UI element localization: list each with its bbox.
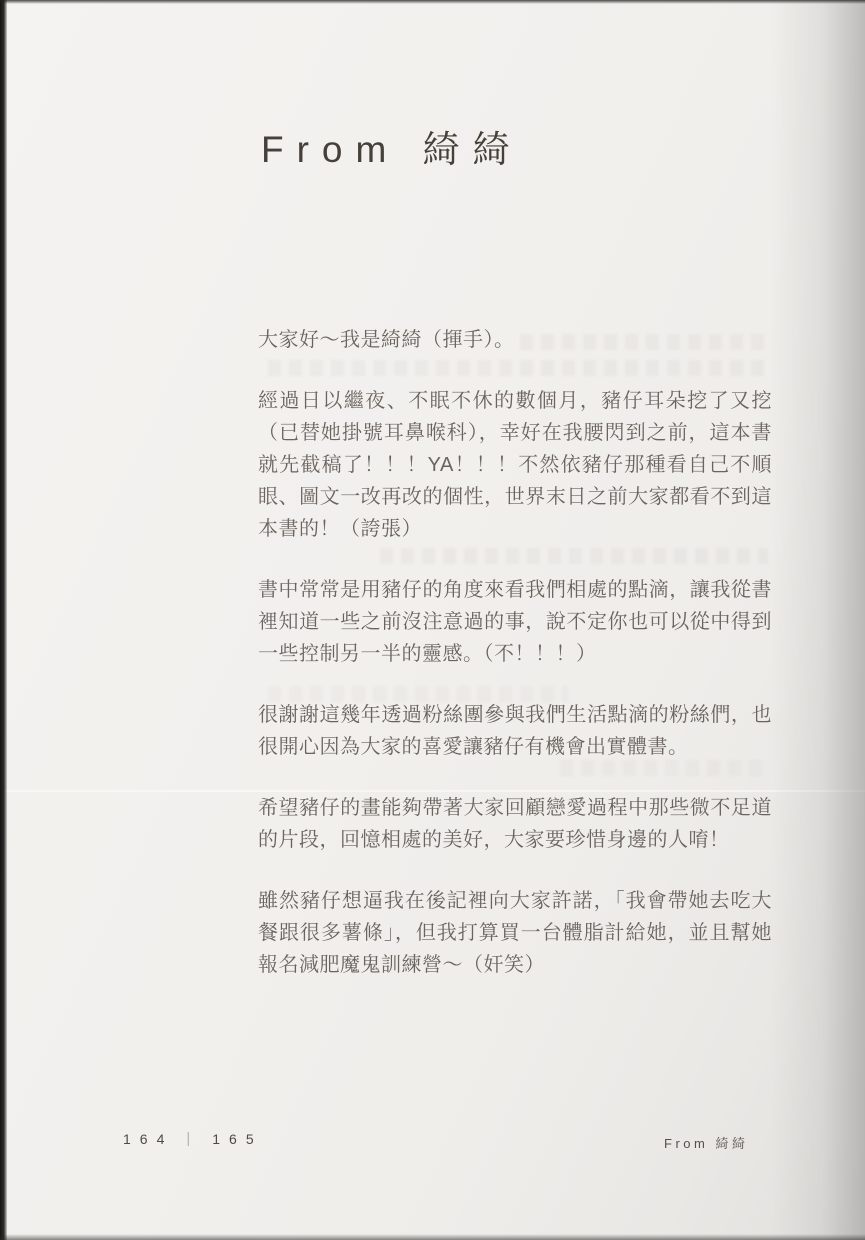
paragraph: 經過日以繼夜、不眠不休的數個月，豬仔耳朵挖了又挖（已替她掛號耳鼻喉科），幸好在我… bbox=[258, 385, 772, 545]
paragraph: 很謝謝這幾年透過粉絲團參與我們生活點滴的粉絲們，也很開心因為大家的喜愛讓豬仔有機… bbox=[258, 699, 772, 763]
paragraph: 大家好～我是綺綺（揮手）。 bbox=[258, 324, 772, 356]
scan-edge-left bbox=[0, 0, 7, 1240]
page-curve-shadow bbox=[770, 0, 865, 1240]
scan-edge-top bbox=[0, 0, 865, 4]
page-title: From 綺綺 bbox=[261, 128, 523, 172]
scan-edge-bottom bbox=[0, 1234, 865, 1240]
page-numbers: 164 | 165 bbox=[123, 1130, 263, 1147]
page-number-left: 164 bbox=[123, 1131, 173, 1147]
scanned-book-page: From 綺綺 大家好～我是綺綺（揮手）。 經過日以繼夜、不眠不休的數個月，豬仔… bbox=[0, 0, 865, 1240]
paragraph: 希望豬仔的畫能夠帶著大家回顧戀愛過程中那些微不足道的片段，回憶相處的美好，大家要… bbox=[258, 792, 772, 856]
paragraph: 雖然豬仔想逼我在後記裡向大家許諾，「我會帶她去吃大餐跟很多薯條」，但我打算買一台… bbox=[258, 885, 772, 981]
page-number-right: 165 bbox=[212, 1131, 262, 1147]
page-crease bbox=[0, 790, 865, 792]
paragraph: 書中常常是用豬仔的角度來看我們相處的點滴，讓我從書裡知道一些之前沒注意過的事，說… bbox=[258, 574, 772, 670]
page-number-separator: | bbox=[186, 1130, 190, 1147]
running-title: From 綺綺 bbox=[664, 1133, 748, 1152]
body-text-column: 大家好～我是綺綺（揮手）。 經過日以繼夜、不眠不休的數個月，豬仔耳朵挖了又挖（已… bbox=[258, 324, 772, 981]
